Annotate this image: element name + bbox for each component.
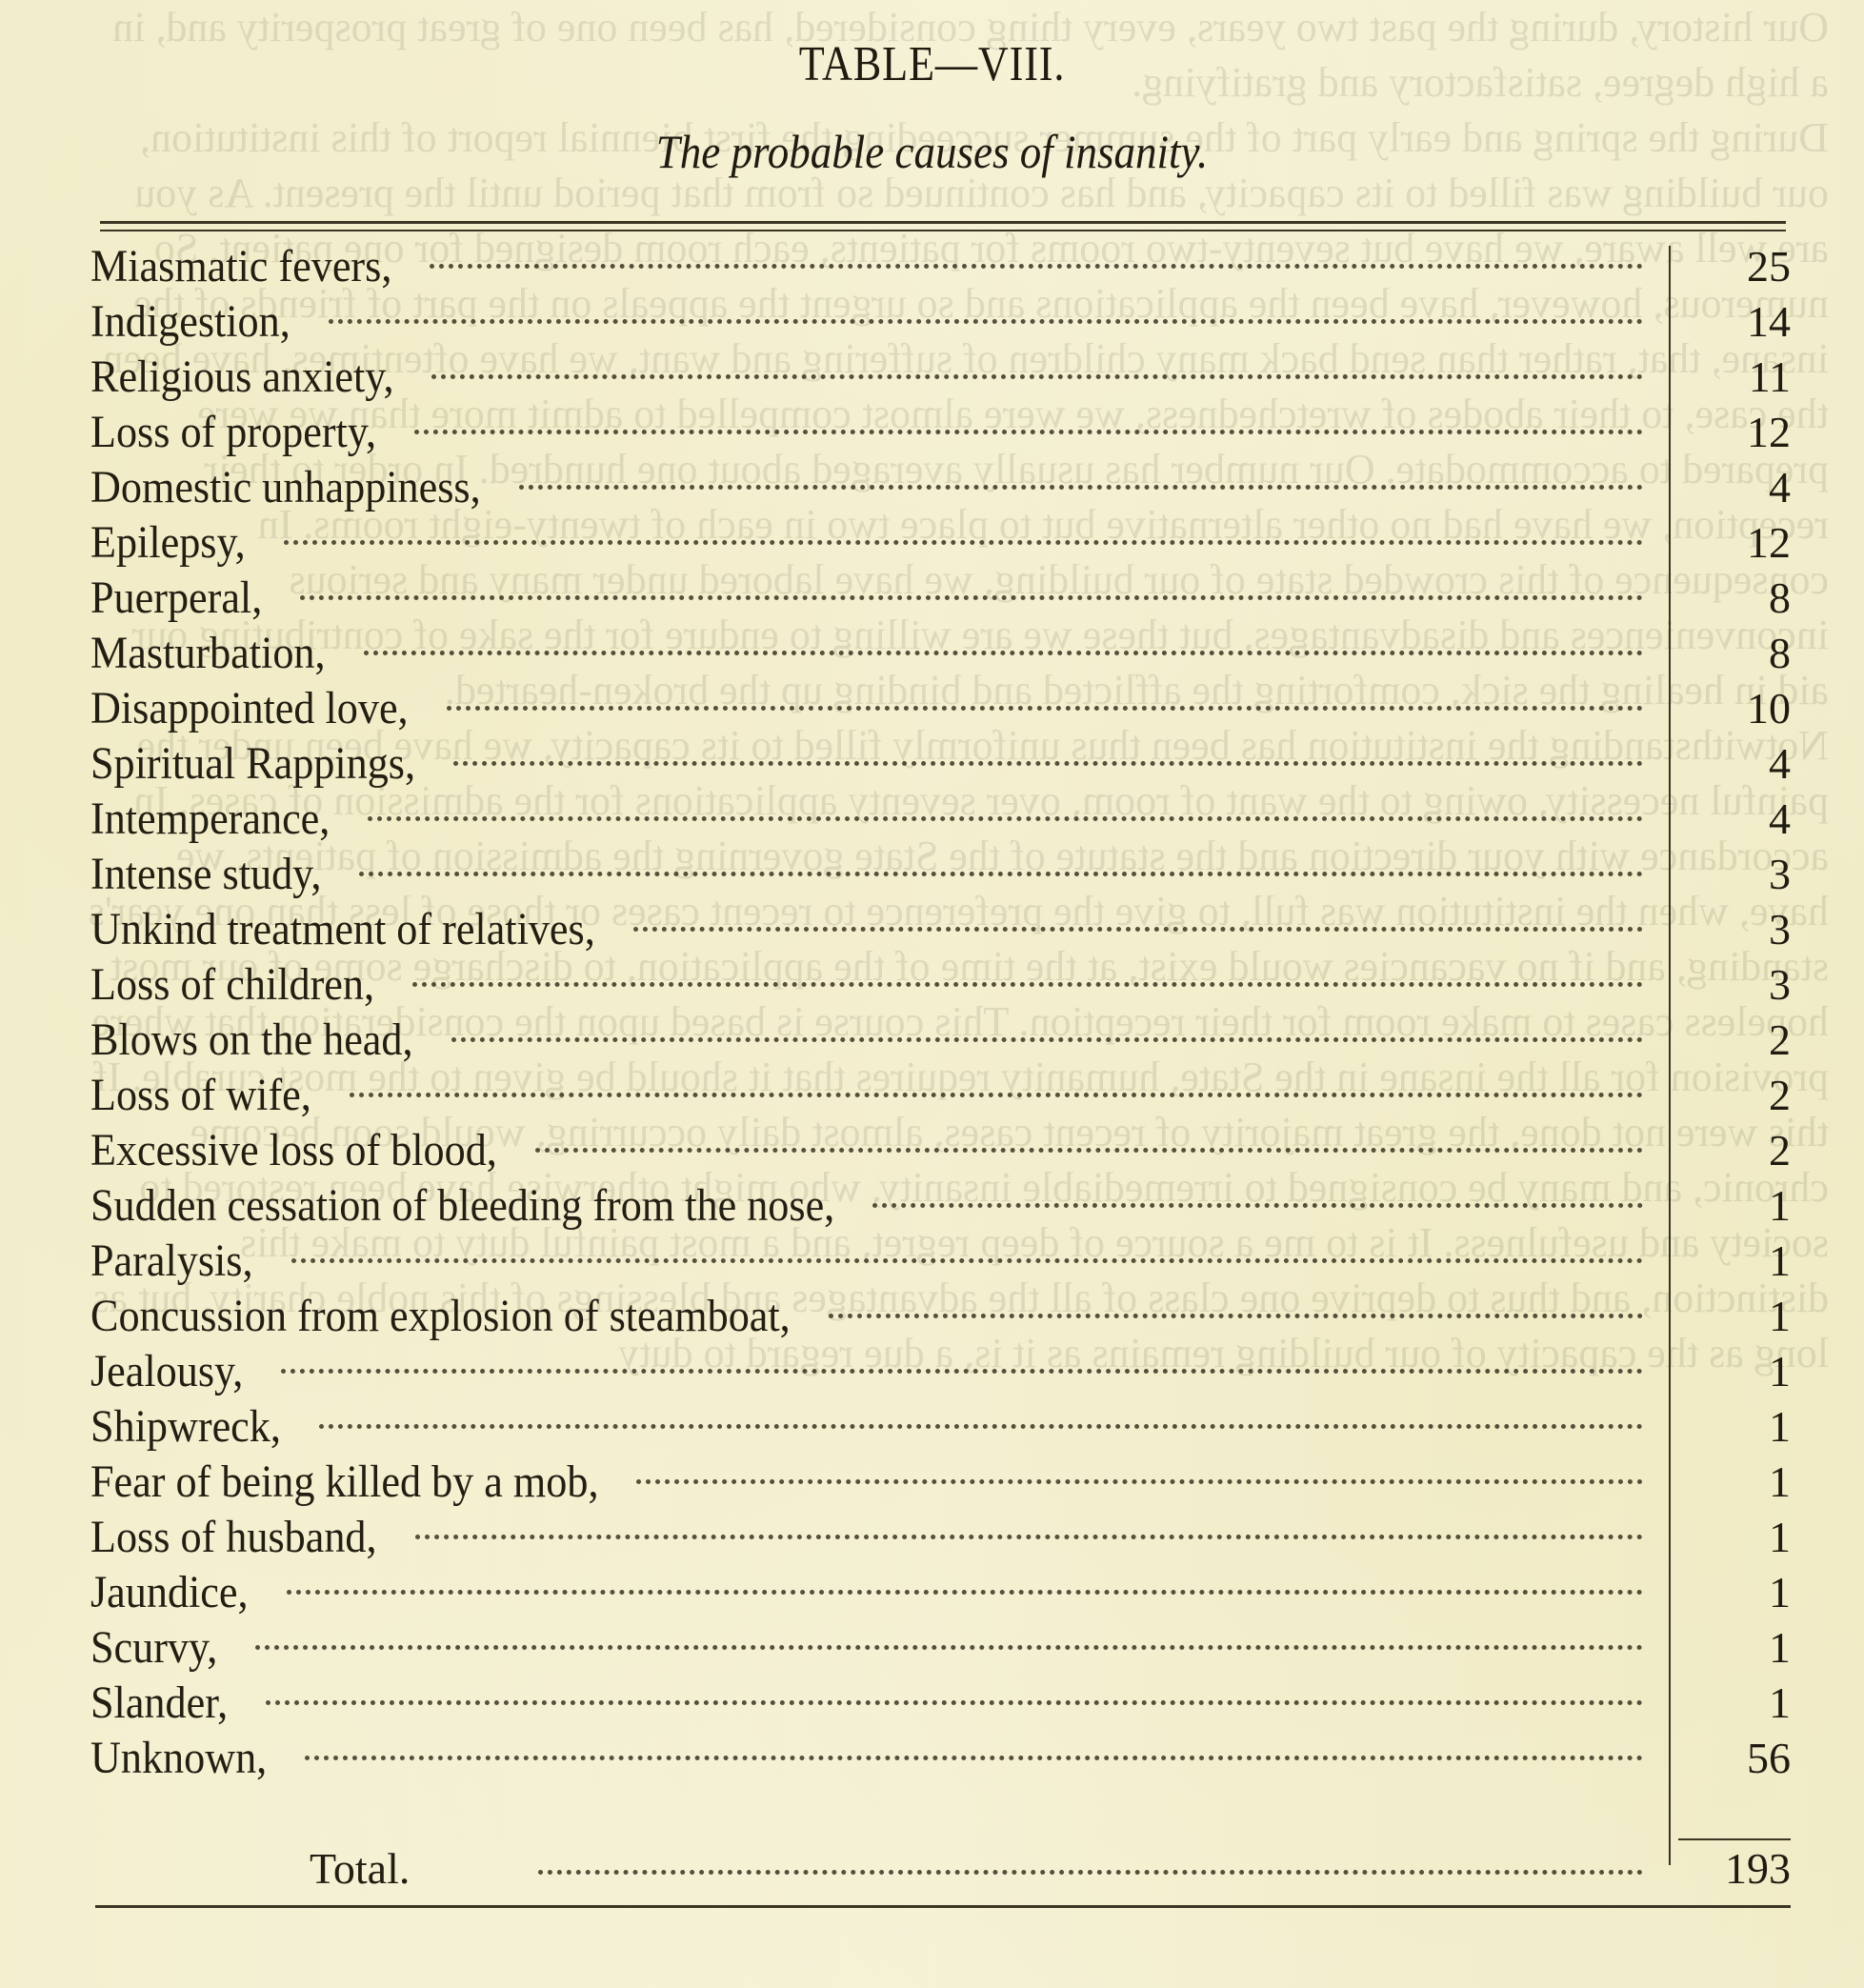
cause-label: Disappointed love, — [90, 682, 409, 734]
table-row: Loss of wife,2 — [90, 1067, 1795, 1122]
cause-count: 11 — [1657, 351, 1791, 402]
dot-leader — [350, 1093, 1643, 1103]
dot-leader — [519, 485, 1643, 495]
cause-label: Domestic unhappiness, — [90, 461, 481, 513]
table-row: Excessive loss of blood,2 — [90, 1122, 1795, 1177]
table-row: Masturbation,8 — [90, 625, 1795, 680]
cause-label: Scurvy, — [90, 1621, 217, 1674]
dot-leader — [287, 1590, 1643, 1600]
table-row: Domestic unhappiness,4 — [90, 459, 1795, 514]
cause-label: Unkind treatment of relatives, — [90, 903, 595, 955]
cause-label: Paralysis, — [90, 1235, 253, 1287]
table-row: Unknown,56 — [90, 1730, 1795, 1785]
cause-label: Intense study, — [90, 848, 321, 900]
cause-label: Religious anxiety, — [90, 351, 393, 403]
dot-leader — [414, 430, 1643, 440]
table-row: Loss of children,3 — [90, 956, 1795, 1012]
dot-leader — [633, 927, 1643, 937]
table-row: Jaundice,1 — [90, 1564, 1795, 1619]
cause-label: Jealousy, — [90, 1345, 243, 1397]
cause-count: 12 — [1657, 407, 1791, 457]
cause-label: Intemperance, — [90, 793, 330, 845]
total-label: Total. — [310, 1843, 410, 1894]
dot-leader — [451, 1037, 1643, 1048]
cause-count: 1 — [1657, 1677, 1791, 1728]
cause-label: Unknown, — [90, 1732, 267, 1784]
cause-label: Epilepsy, — [90, 516, 246, 569]
cause-count: 8 — [1657, 572, 1791, 623]
cause-count: 1 — [1657, 1512, 1791, 1562]
dot-leader — [364, 651, 1643, 661]
top-rule-secondary — [100, 230, 1786, 231]
dot-leader — [431, 374, 1643, 385]
dot-leader — [305, 1756, 1643, 1766]
cause-label: Shipwreck, — [90, 1400, 281, 1453]
table-row: Shipwreck,1 — [90, 1398, 1795, 1454]
cause-count: 3 — [1657, 959, 1791, 1010]
total-row: Total. 193 — [90, 1843, 1795, 1900]
cause-label: Blows on the head, — [90, 1014, 413, 1066]
table-subtitle: The probable causes of insanity. — [93, 124, 1771, 179]
table-row: Paralysis,1 — [90, 1233, 1795, 1288]
cause-count: 10 — [1657, 683, 1791, 733]
table-row: Disappointed love,10 — [90, 680, 1795, 735]
cause-count: 1 — [1657, 1235, 1791, 1286]
dot-leader — [872, 1203, 1643, 1214]
dot-leader — [430, 264, 1643, 274]
table-row: Intense study,3 — [90, 846, 1795, 901]
dot-leader — [368, 816, 1643, 827]
cause-count: 8 — [1657, 628, 1791, 678]
table-title: TABLE—VIII. — [140, 36, 1724, 92]
cause-count: 25 — [1657, 241, 1791, 291]
table-row: Concussion from explosion of steamboat,1 — [90, 1288, 1795, 1343]
top-rule — [100, 221, 1786, 224]
cause-label: Jaundice, — [90, 1566, 249, 1618]
cause-count: 12 — [1657, 517, 1791, 568]
cause-count: 1 — [1657, 1346, 1791, 1396]
dot-leader — [447, 706, 1643, 716]
table-row: Epilepsy,12 — [90, 514, 1795, 570]
cause-count: 4 — [1657, 793, 1791, 844]
dot-leader — [329, 319, 1643, 330]
table-row: Loss of husband,1 — [90, 1509, 1795, 1564]
dot-leader — [829, 1314, 1643, 1324]
cause-label: Spiritual Rappings, — [90, 737, 415, 790]
cause-label: Loss of property, — [90, 406, 376, 458]
cause-label: Loss of children, — [90, 958, 374, 1011]
cause-count: 2 — [1657, 1070, 1791, 1120]
table-row: Miasmatic fevers,25 — [90, 238, 1795, 293]
cause-count: 4 — [1657, 738, 1791, 789]
dot-leader — [281, 1369, 1643, 1379]
cause-count: 1 — [1657, 1622, 1791, 1673]
table-row: Intemperance,4 — [90, 791, 1795, 846]
cause-label: Miasmatic fevers, — [90, 240, 391, 292]
cause-count: 4 — [1657, 462, 1791, 512]
cause-count: 1 — [1657, 1401, 1791, 1452]
dot-leader — [319, 1424, 1643, 1435]
dot-leader — [453, 761, 1643, 772]
table-row: Loss of property,12 — [90, 404, 1795, 459]
cause-label: Fear of being killed by a mob, — [90, 1456, 598, 1508]
table-row: Jealousy,1 — [90, 1343, 1795, 1398]
cause-label: Masturbation, — [90, 627, 326, 679]
cause-count: 56 — [1657, 1733, 1791, 1783]
cause-count: 2 — [1657, 1014, 1791, 1065]
cause-count: 1 — [1657, 1180, 1791, 1231]
dot-leader — [538, 1870, 1643, 1875]
table-row: Sudden cessation of bleeding from the no… — [90, 1177, 1795, 1233]
cause-count: 2 — [1657, 1125, 1791, 1175]
dot-leader — [636, 1479, 1643, 1490]
cause-label: Indigestion, — [90, 295, 291, 348]
table-row: Slander,1 — [90, 1675, 1795, 1730]
table-row: Unkind treatment of relatives,3 — [90, 901, 1795, 956]
table-row: Religious anxiety,11 — [90, 349, 1795, 404]
bottom-rule — [95, 1905, 1791, 1908]
total-value: 193 — [1638, 1843, 1791, 1894]
cause-count: 1 — [1657, 1291, 1791, 1341]
table-row: Blows on the head,2 — [90, 1012, 1795, 1067]
dot-leader — [291, 1258, 1644, 1269]
cause-label: Loss of wife, — [90, 1069, 311, 1121]
cause-label: Slander, — [90, 1677, 228, 1729]
dot-leader — [266, 1700, 1643, 1711]
dot-leader — [359, 872, 1643, 882]
cause-count: 3 — [1657, 849, 1791, 899]
dot-leader — [300, 595, 1643, 606]
cause-label: Sudden cessation of bleeding from the no… — [90, 1179, 834, 1232]
dot-leader — [412, 982, 1643, 993]
sum-rule — [1678, 1838, 1791, 1840]
cause-label: Puerperal, — [90, 572, 262, 624]
table-row: Fear of being killed by a mob,1 — [90, 1454, 1795, 1509]
table-row: Indigestion,14 — [90, 293, 1795, 349]
cause-count: 14 — [1657, 296, 1791, 347]
dot-leader — [535, 1148, 1643, 1158]
dot-leader — [284, 540, 1643, 551]
cause-count: 1 — [1657, 1456, 1791, 1507]
dot-leader — [415, 1535, 1643, 1545]
table-row: Spiritual Rappings,4 — [90, 735, 1795, 791]
table-row: Puerperal,8 — [90, 570, 1795, 625]
causes-table: Miasmatic fevers,25Indigestion,14Religio… — [90, 238, 1795, 1785]
cause-count: 1 — [1657, 1567, 1791, 1617]
cause-count: 3 — [1657, 904, 1791, 954]
table-row: Scurvy,1 — [90, 1619, 1795, 1675]
cause-label: Excessive loss of blood, — [90, 1124, 497, 1176]
dot-leader — [255, 1645, 1643, 1656]
cause-label: Loss of husband, — [90, 1511, 377, 1563]
cause-label: Concussion from explosion of steamboat, — [90, 1290, 791, 1342]
